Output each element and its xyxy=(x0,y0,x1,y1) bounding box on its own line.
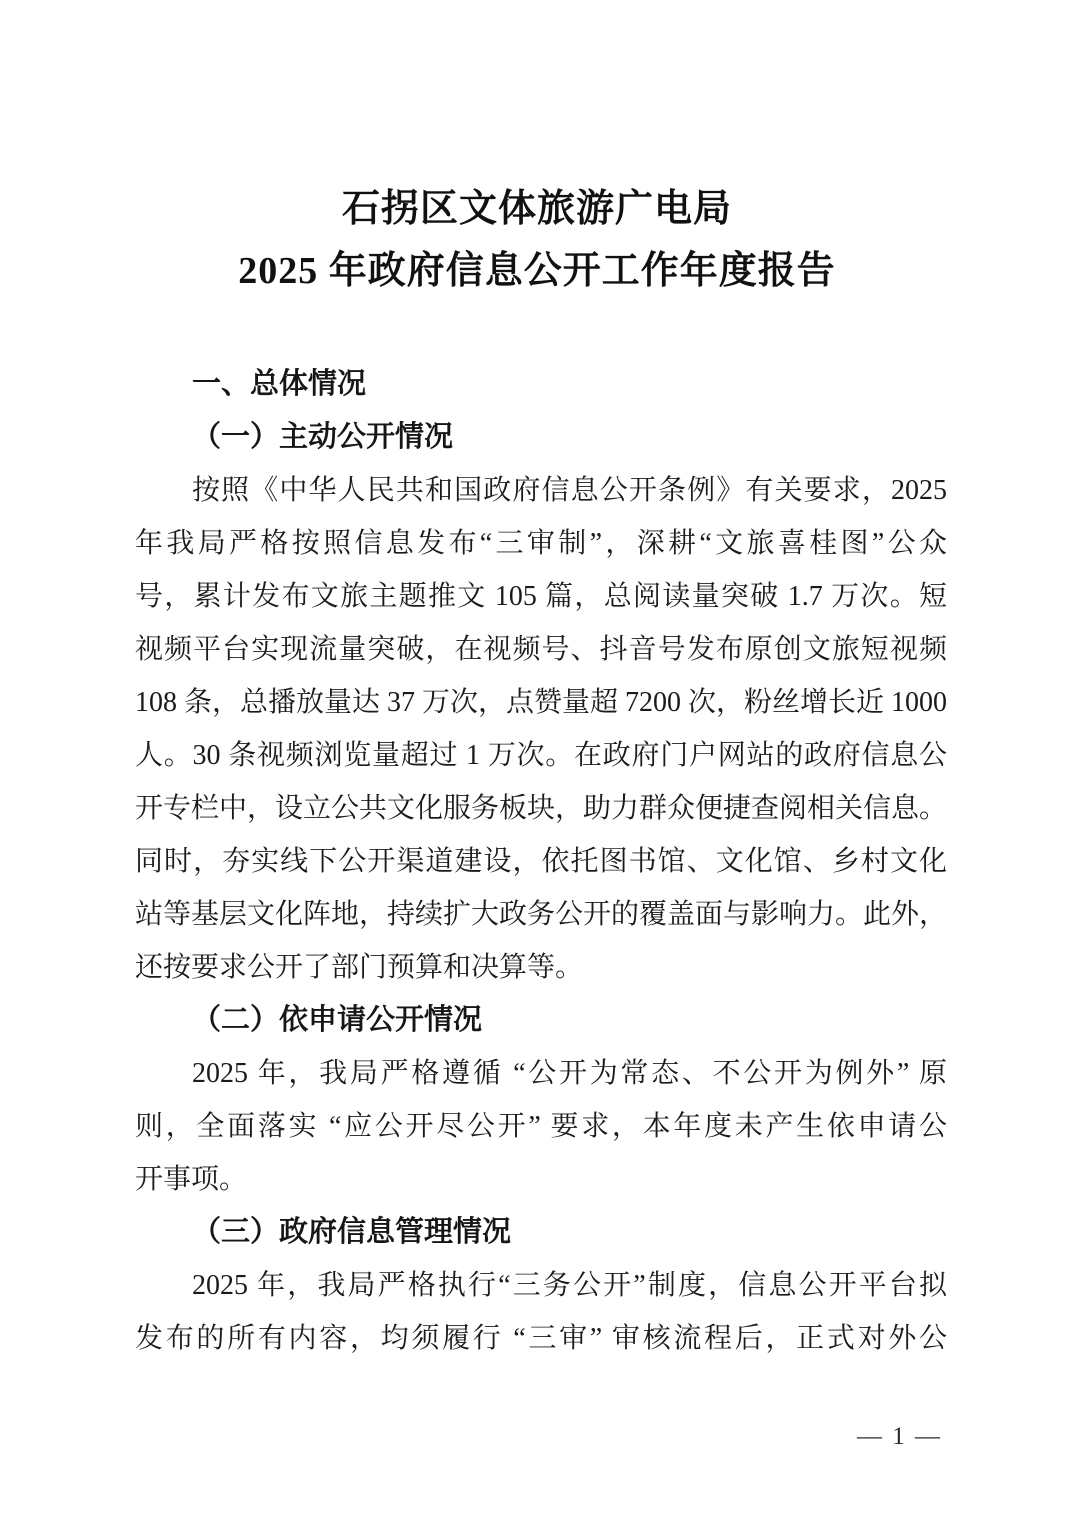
title-line-2: 2025 年政府信息公开工作年度报告 xyxy=(0,240,1074,302)
text-line: 发布的所有内容，均须履行 “三审” 审核流程后，正式对外公 xyxy=(135,1312,947,1365)
paragraph-information-management: 2025 年，我局严格执行“三务公开”制度，信息公开平台拟发布的所有内容，均须履… xyxy=(135,1259,947,1365)
document-body: 一、总体情况 （一）主动公开情况 按照《中华人民共和国政府信息公开条例》有关要求… xyxy=(135,358,947,1365)
text-line: 开事项。 xyxy=(135,1153,947,1206)
text-line: 2025 年，我局严格遵循 “公开为常态、不公开为例外” 原 xyxy=(135,1047,947,1100)
page-number: — 1 — xyxy=(857,1420,942,1454)
text-line: 号，累计发布文旅主题推文 105 篇，总阅读量突破 1.7 万次。短 xyxy=(135,570,947,623)
subsection-heading-proactive-disclosure: （一）主动公开情况 xyxy=(135,411,947,464)
text-line: 按照《中华人民共和国政府信息公开条例》有关要求，2025 xyxy=(135,464,947,517)
document-title: 石拐区文体旅游广电局 2025 年政府信息公开工作年度报告 xyxy=(0,0,1074,302)
title-line-1: 石拐区文体旅游广电局 xyxy=(0,178,1074,240)
text-line: 年我局严格按照信息发布“三审制”，深耕“文旅喜桂图”公众 xyxy=(135,517,947,570)
text-line: 2025 年，我局严格执行“三务公开”制度，信息公开平台拟 xyxy=(135,1259,947,1312)
text-line: 则，全面落实 “应公开尽公开” 要求，本年度未产生依申请公 xyxy=(135,1100,947,1153)
text-line: 还按要求公开了部门预算和决算等。 xyxy=(135,941,947,994)
paragraph-proactive-disclosure: 按照《中华人民共和国政府信息公开条例》有关要求，2025年我局严格按照信息发布“… xyxy=(135,464,947,994)
text-line: 同时，夯实线下公开渠道建设，依托图书馆、文化馆、乡村文化 xyxy=(135,835,947,888)
text-line: 人。30 条视频浏览量超过 1 万次。在政府门户网站的政府信息公 xyxy=(135,729,947,782)
text-line: 108 条，总播放量达 37 万次，点赞量超 7200 次，粉丝增长近 1000 xyxy=(135,676,947,729)
paragraph-disclosure-upon-request: 2025 年，我局严格遵循 “公开为常态、不公开为例外” 原则，全面落实 “应公… xyxy=(135,1047,947,1206)
subsection-heading-disclosure-upon-request: （二）依申请公开情况 xyxy=(135,994,947,1047)
text-line: 开专栏中，设立公共文化服务板块，助力群众便捷查阅相关信息。 xyxy=(135,782,947,835)
text-line: 站等基层文化阵地，持续扩大政务公开的覆盖面与影响力。此外， xyxy=(135,888,947,941)
subsection-heading-information-management: （三）政府信息管理情况 xyxy=(135,1206,947,1259)
section-heading-overall-situation: 一、总体情况 xyxy=(135,358,947,411)
text-line: 视频平台实现流量突破，在视频号、抖音号发布原创文旅短视频 xyxy=(135,623,947,676)
document-page: 石拐区文体旅游广电局 2025 年政府信息公开工作年度报告 一、总体情况 （一）… xyxy=(0,0,1074,1520)
